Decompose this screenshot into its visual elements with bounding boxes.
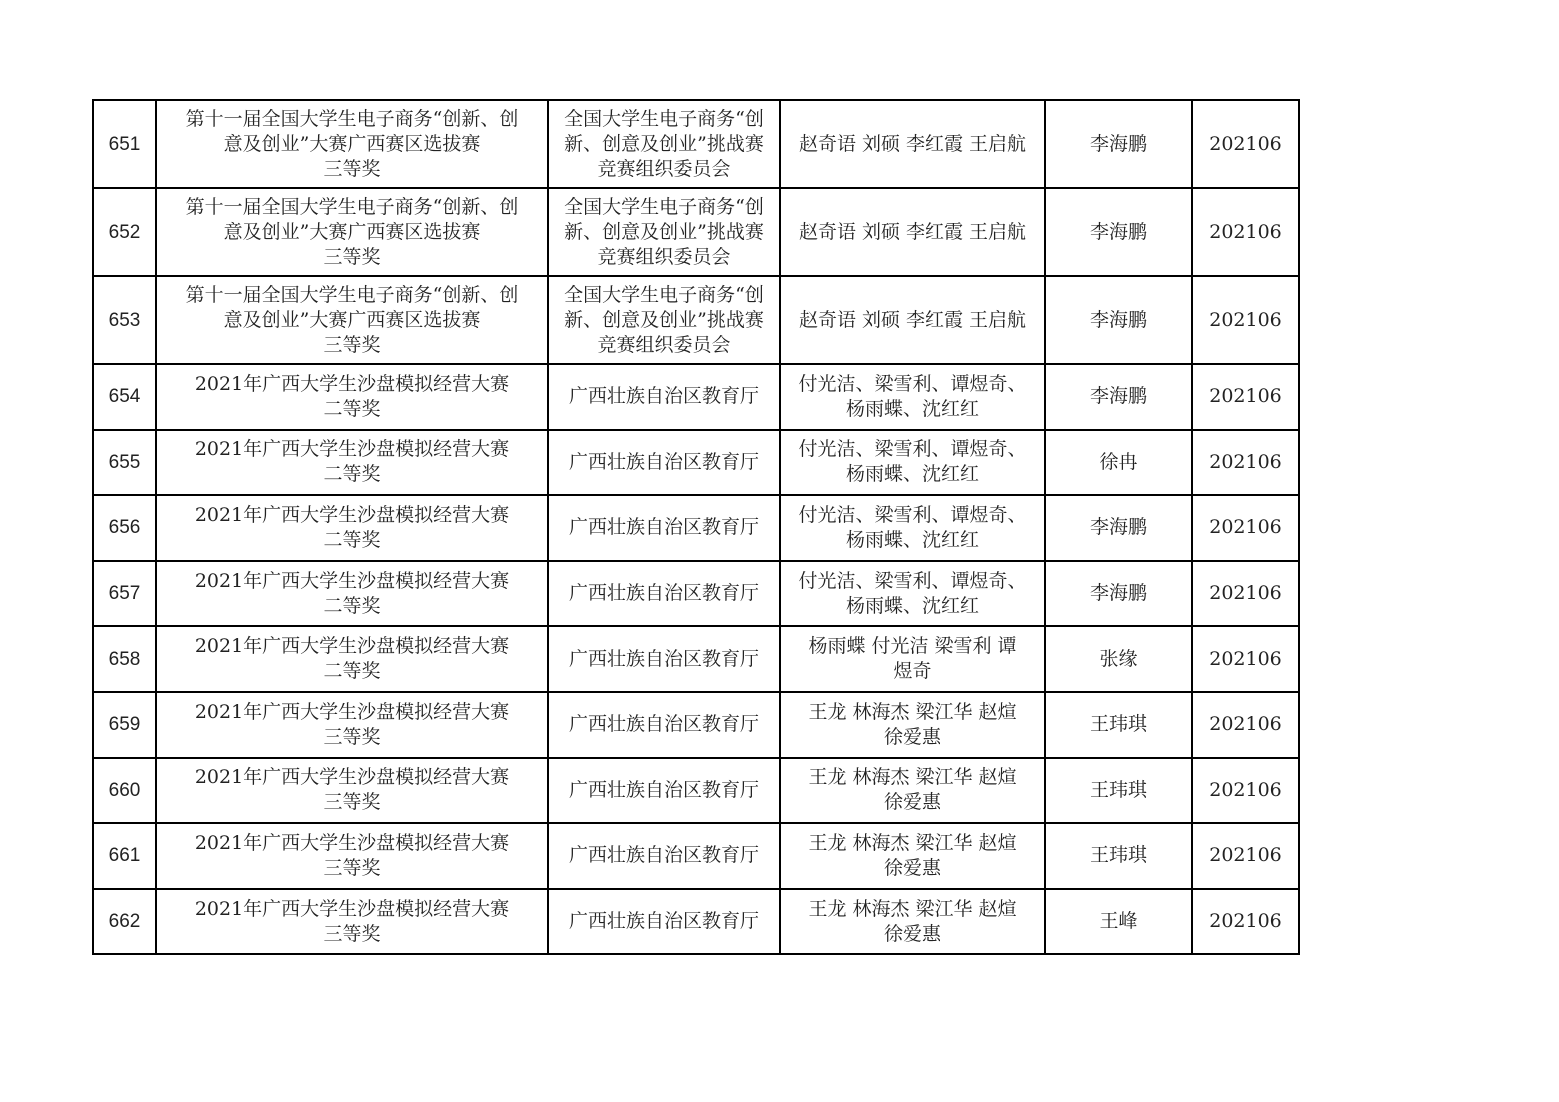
award-date-cell: 202106 — [1192, 889, 1299, 955]
advisor-cell: 张缘 — [1045, 626, 1192, 692]
award-date-cell: 202106 — [1192, 626, 1299, 692]
table-row: 6582021年广西大学生沙盘模拟经营大赛二等奖广西壮族自治区教育厅杨雨蝶 付光… — [93, 626, 1299, 692]
issuer-line: 广西壮族自治区教育厅 — [552, 515, 776, 540]
award-name-line: 意及创业”大赛广西赛区选拔赛 — [160, 132, 544, 157]
students-line: 王龙 林海杰 梁江华 赵煊 — [784, 765, 1041, 790]
students-cell: 付光洁、梁雪利、谭煜奇、杨雨蝶、沈红红 — [780, 430, 1045, 496]
row-number-cell: 652 — [93, 188, 156, 276]
students-line: 王龙 林海杰 梁江华 赵煊 — [784, 700, 1041, 725]
students-cell: 赵奇语 刘硕 李红霞 王启航 — [780, 100, 1045, 188]
award-name-cell: 2021年广西大学生沙盘模拟经营大赛二等奖 — [156, 495, 548, 561]
students-line: 徐爱惠 — [784, 922, 1041, 947]
award-name-line: 2021年广西大学生沙盘模拟经营大赛 — [160, 372, 544, 397]
advisor-cell: 李海鹏 — [1045, 364, 1192, 430]
award-name-line: 第十一届全国大学生电子商务“创新、创 — [160, 107, 544, 132]
students-line: 赵奇语 刘硕 李红霞 王启航 — [784, 308, 1041, 333]
students-line: 徐爱惠 — [784, 725, 1041, 750]
award-name-cell: 2021年广西大学生沙盘模拟经营大赛二等奖 — [156, 626, 548, 692]
issuer-line: 广西壮族自治区教育厅 — [552, 909, 776, 934]
award-name-line: 第十一届全国大学生电子商务“创新、创 — [160, 195, 544, 220]
award-name-cell: 第十一届全国大学生电子商务“创新、创意及创业”大赛广西赛区选拔赛三等奖 — [156, 188, 548, 276]
award-date-cell: 202106 — [1192, 561, 1299, 627]
award-date-cell: 202106 — [1192, 100, 1299, 188]
award-name-line: 三等奖 — [160, 333, 544, 358]
award-name-line: 2021年广西大学生沙盘模拟经营大赛 — [160, 437, 544, 462]
students-cell: 赵奇语 刘硕 李红霞 王启航 — [780, 276, 1045, 364]
issuer-line: 新、创意及创业”挑战赛 — [552, 220, 776, 245]
issuer-cell: 广西壮族自治区教育厅 — [548, 692, 780, 758]
award-date-cell: 202106 — [1192, 692, 1299, 758]
students-line: 杨雨蝶、沈红红 — [784, 594, 1041, 619]
students-cell: 付光洁、梁雪利、谭煜奇、杨雨蝶、沈红红 — [780, 561, 1045, 627]
award-name-cell: 2021年广西大学生沙盘模拟经营大赛三等奖 — [156, 692, 548, 758]
issuer-line: 广西壮族自治区教育厅 — [552, 384, 776, 409]
issuer-cell: 广西壮族自治区教育厅 — [548, 823, 780, 889]
advisor-cell: 李海鹏 — [1045, 100, 1192, 188]
award-name-line: 2021年广西大学生沙盘模拟经营大赛 — [160, 831, 544, 856]
row-number-cell: 658 — [93, 626, 156, 692]
advisor-cell: 李海鹏 — [1045, 495, 1192, 561]
row-number-cell: 651 — [93, 100, 156, 188]
issuer-line: 竞赛组织委员会 — [552, 245, 776, 270]
award-date-cell: 202106 — [1192, 758, 1299, 824]
table-row: 653第十一届全国大学生电子商务“创新、创意及创业”大赛广西赛区选拔赛三等奖全国… — [93, 276, 1299, 364]
row-number-cell: 660 — [93, 758, 156, 824]
table-row: 652第十一届全国大学生电子商务“创新、创意及创业”大赛广西赛区选拔赛三等奖全国… — [93, 188, 1299, 276]
award-name-line: 二等奖 — [160, 594, 544, 619]
students-line: 杨雨蝶、沈红红 — [784, 397, 1041, 422]
issuer-cell: 广西壮族自治区教育厅 — [548, 626, 780, 692]
award-name-line: 三等奖 — [160, 790, 544, 815]
issuer-cell: 全国大学生电子商务“创新、创意及创业”挑战赛竞赛组织委员会 — [548, 188, 780, 276]
row-number-cell: 661 — [93, 823, 156, 889]
students-line: 付光洁、梁雪利、谭煜奇、 — [784, 569, 1041, 594]
award-name-cell: 第十一届全国大学生电子商务“创新、创意及创业”大赛广西赛区选拔赛三等奖 — [156, 276, 548, 364]
award-name-cell: 2021年广西大学生沙盘模拟经营大赛二等奖 — [156, 364, 548, 430]
advisor-cell: 李海鹏 — [1045, 561, 1192, 627]
students-line: 杨雨蝶、沈红红 — [784, 462, 1041, 487]
award-name-line: 2021年广西大学生沙盘模拟经营大赛 — [160, 700, 544, 725]
issuer-cell: 广西壮族自治区教育厅 — [548, 430, 780, 496]
table-row: 6542021年广西大学生沙盘模拟经营大赛二等奖广西壮族自治区教育厅付光洁、梁雪… — [93, 364, 1299, 430]
issuer-line: 竞赛组织委员会 — [552, 157, 776, 182]
students-line: 付光洁、梁雪利、谭煜奇、 — [784, 437, 1041, 462]
award-date-cell: 202106 — [1192, 364, 1299, 430]
advisor-cell: 徐冉 — [1045, 430, 1192, 496]
award-name-line: 第十一届全国大学生电子商务“创新、创 — [160, 283, 544, 308]
issuer-cell: 广西壮族自治区教育厅 — [548, 889, 780, 955]
row-number-cell: 662 — [93, 889, 156, 955]
award-name-cell: 2021年广西大学生沙盘模拟经营大赛三等奖 — [156, 823, 548, 889]
award-name-line: 三等奖 — [160, 245, 544, 270]
row-number-cell: 659 — [93, 692, 156, 758]
issuer-cell: 全国大学生电子商务“创新、创意及创业”挑战赛竞赛组织委员会 — [548, 276, 780, 364]
award-name-line: 意及创业”大赛广西赛区选拔赛 — [160, 220, 544, 245]
award-name-line: 二等奖 — [160, 659, 544, 684]
issuer-line: 广西壮族自治区教育厅 — [552, 450, 776, 475]
award-name-line: 三等奖 — [160, 856, 544, 881]
row-number-cell: 656 — [93, 495, 156, 561]
students-cell: 杨雨蝶 付光洁 梁雪利 谭煜奇 — [780, 626, 1045, 692]
award-name-line: 2021年广西大学生沙盘模拟经营大赛 — [160, 503, 544, 528]
students-line: 付光洁、梁雪利、谭煜奇、 — [784, 503, 1041, 528]
issuer-line: 竞赛组织委员会 — [552, 333, 776, 358]
advisor-cell: 王玮琪 — [1045, 758, 1192, 824]
students-cell: 王龙 林海杰 梁江华 赵煊徐爱惠 — [780, 758, 1045, 824]
award-name-line: 2021年广西大学生沙盘模拟经营大赛 — [160, 897, 544, 922]
award-name-cell: 第十一届全国大学生电子商务“创新、创意及创业”大赛广西赛区选拔赛三等奖 — [156, 100, 548, 188]
award-date-cell: 202106 — [1192, 276, 1299, 364]
award-name-line: 二等奖 — [160, 462, 544, 487]
students-line: 赵奇语 刘硕 李红霞 王启航 — [784, 132, 1041, 157]
issuer-line: 广西壮族自治区教育厅 — [552, 581, 776, 606]
issuer-line: 新、创意及创业”挑战赛 — [552, 132, 776, 157]
row-number-cell: 655 — [93, 430, 156, 496]
award-name-cell: 2021年广西大学生沙盘模拟经营大赛二等奖 — [156, 430, 548, 496]
students-line: 王龙 林海杰 梁江华 赵煊 — [784, 831, 1041, 856]
issuer-line: 广西壮族自治区教育厅 — [552, 843, 776, 868]
issuer-line: 全国大学生电子商务“创 — [552, 107, 776, 132]
issuer-cell: 广西壮族自治区教育厅 — [548, 758, 780, 824]
students-cell: 王龙 林海杰 梁江华 赵煊徐爱惠 — [780, 823, 1045, 889]
issuer-cell: 广西壮族自治区教育厅 — [548, 561, 780, 627]
students-line: 赵奇语 刘硕 李红霞 王启航 — [784, 220, 1041, 245]
awards-table-body: 651第十一届全国大学生电子商务“创新、创意及创业”大赛广西赛区选拔赛三等奖全国… — [93, 100, 1299, 954]
students-cell: 付光洁、梁雪利、谭煜奇、杨雨蝶、沈红红 — [780, 364, 1045, 430]
award-name-line: 三等奖 — [160, 725, 544, 750]
issuer-line: 广西壮族自治区教育厅 — [552, 712, 776, 737]
issuer-cell: 全国大学生电子商务“创新、创意及创业”挑战赛竞赛组织委员会 — [548, 100, 780, 188]
award-name-line: 2021年广西大学生沙盘模拟经营大赛 — [160, 765, 544, 790]
students-line: 王龙 林海杰 梁江华 赵煊 — [784, 897, 1041, 922]
award-name-line: 意及创业”大赛广西赛区选拔赛 — [160, 308, 544, 333]
students-cell: 赵奇语 刘硕 李红霞 王启航 — [780, 188, 1045, 276]
students-line: 杨雨蝶 付光洁 梁雪利 谭 — [784, 634, 1041, 659]
award-name-line: 二等奖 — [160, 528, 544, 553]
advisor-cell: 王峰 — [1045, 889, 1192, 955]
issuer-cell: 广西壮族自治区教育厅 — [548, 495, 780, 561]
issuer-line: 广西壮族自治区教育厅 — [552, 647, 776, 672]
advisor-cell: 李海鹏 — [1045, 276, 1192, 364]
students-cell: 王龙 林海杰 梁江华 赵煊徐爱惠 — [780, 889, 1045, 955]
document-page: 651第十一届全国大学生电子商务“创新、创意及创业”大赛广西赛区选拔赛三等奖全国… — [0, 0, 1559, 1102]
award-name-cell: 2021年广西大学生沙盘模拟经营大赛三等奖 — [156, 758, 548, 824]
row-number-cell: 654 — [93, 364, 156, 430]
row-number-cell: 657 — [93, 561, 156, 627]
award-name-line: 三等奖 — [160, 157, 544, 182]
advisor-cell: 王玮琪 — [1045, 692, 1192, 758]
table-row: 6612021年广西大学生沙盘模拟经营大赛三等奖广西壮族自治区教育厅王龙 林海杰… — [93, 823, 1299, 889]
students-line: 徐爱惠 — [784, 856, 1041, 881]
issuer-line: 全国大学生电子商务“创 — [552, 195, 776, 220]
table-row: 6592021年广西大学生沙盘模拟经营大赛三等奖广西壮族自治区教育厅王龙 林海杰… — [93, 692, 1299, 758]
award-name-cell: 2021年广西大学生沙盘模拟经营大赛二等奖 — [156, 561, 548, 627]
table-row: 6572021年广西大学生沙盘模拟经营大赛二等奖广西壮族自治区教育厅付光洁、梁雪… — [93, 561, 1299, 627]
issuer-line: 广西壮族自治区教育厅 — [552, 778, 776, 803]
advisor-cell: 王玮琪 — [1045, 823, 1192, 889]
row-number-cell: 653 — [93, 276, 156, 364]
table-row: 6562021年广西大学生沙盘模拟经营大赛二等奖广西壮族自治区教育厅付光洁、梁雪… — [93, 495, 1299, 561]
students-line: 杨雨蝶、沈红红 — [784, 528, 1041, 553]
students-line: 煜奇 — [784, 659, 1041, 684]
students-line: 徐爱惠 — [784, 790, 1041, 815]
award-name-line: 2021年广西大学生沙盘模拟经营大赛 — [160, 634, 544, 659]
award-name-line: 三等奖 — [160, 922, 544, 947]
table-row: 6622021年广西大学生沙盘模拟经营大赛三等奖广西壮族自治区教育厅王龙 林海杰… — [93, 889, 1299, 955]
students-cell: 付光洁、梁雪利、谭煜奇、杨雨蝶、沈红红 — [780, 495, 1045, 561]
award-date-cell: 202106 — [1192, 188, 1299, 276]
issuer-cell: 广西壮族自治区教育厅 — [548, 364, 780, 430]
advisor-cell: 李海鹏 — [1045, 188, 1192, 276]
award-name-line: 二等奖 — [160, 397, 544, 422]
award-name-cell: 2021年广西大学生沙盘模拟经营大赛三等奖 — [156, 889, 548, 955]
table-row: 651第十一届全国大学生电子商务“创新、创意及创业”大赛广西赛区选拔赛三等奖全国… — [93, 100, 1299, 188]
students-cell: 王龙 林海杰 梁江华 赵煊徐爱惠 — [780, 692, 1045, 758]
award-date-cell: 202106 — [1192, 430, 1299, 496]
table-row: 6552021年广西大学生沙盘模拟经营大赛二等奖广西壮族自治区教育厅付光洁、梁雪… — [93, 430, 1299, 496]
issuer-line: 新、创意及创业”挑战赛 — [552, 308, 776, 333]
issuer-line: 全国大学生电子商务“创 — [552, 283, 776, 308]
students-line: 付光洁、梁雪利、谭煜奇、 — [784, 372, 1041, 397]
award-name-line: 2021年广西大学生沙盘模拟经营大赛 — [160, 569, 544, 594]
table-row: 6602021年广西大学生沙盘模拟经营大赛三等奖广西壮族自治区教育厅王龙 林海杰… — [93, 758, 1299, 824]
award-date-cell: 202106 — [1192, 823, 1299, 889]
awards-table: 651第十一届全国大学生电子商务“创新、创意及创业”大赛广西赛区选拔赛三等奖全国… — [92, 99, 1300, 955]
award-date-cell: 202106 — [1192, 495, 1299, 561]
